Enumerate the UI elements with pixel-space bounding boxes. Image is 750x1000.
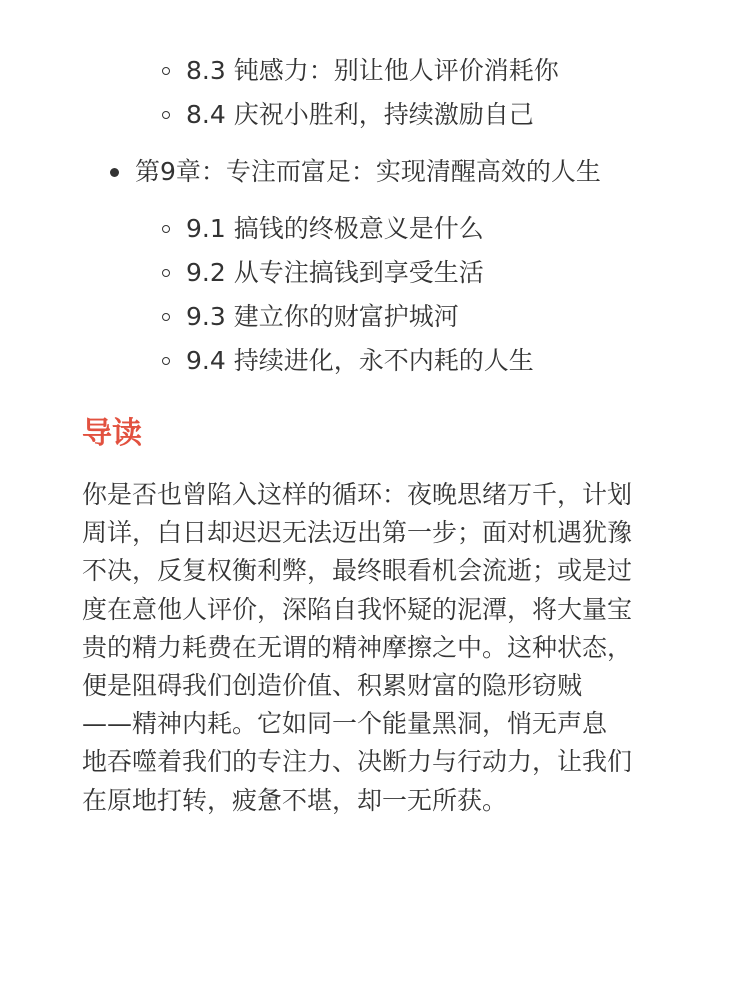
toc-item-label: 9.1 搞钱的终极意义是什么: [186, 212, 484, 246]
toc-item-8-3[interactable]: 8.3 钝感力：别让他人评价消耗你: [162, 54, 559, 88]
toc-item-9-3[interactable]: 9.3 建立你的财富护城河: [162, 300, 459, 334]
paragraph-line: 不决，反复权衡利弊，最终眼看机会流逝；或是过: [82, 552, 672, 590]
hollow-bullet-icon: [162, 67, 170, 75]
toc-item-9-2[interactable]: 9.2 从专注搞钱到享受生活: [162, 256, 484, 290]
toc-item-9-4[interactable]: 9.4 持续进化，永不内耗的人生: [162, 344, 534, 378]
toc-chapter-9[interactable]: 第9章：专注而富足：实现清醒高效的人生: [110, 155, 601, 189]
toc-item-label: 8.4 庆祝小胜利，持续激励自己: [186, 98, 534, 132]
document-page: 8.3 钝感力：别让他人评价消耗你 8.4 庆祝小胜利，持续激励自己 第9章：专…: [0, 0, 750, 1000]
paragraph-line: 度在意他人评价，深陷自我怀疑的泥潭，将大量宝: [82, 591, 672, 629]
hollow-bullet-icon: [162, 313, 170, 321]
hollow-bullet-icon: [162, 111, 170, 119]
toc-item-label: 9.3 建立你的财富护城河: [186, 300, 459, 334]
paragraph-line: 地吞噬着我们的专注力、决断力与行动力，让我们: [82, 743, 672, 781]
intro-paragraph: 你是否也曾陷入这样的循环：夜晚思绪万千，计划 周详，白日却迟迟无法迈出第一步；面…: [82, 476, 672, 820]
paragraph-line: 在原地打转，疲惫不堪，却一无所获。: [82, 782, 672, 820]
solid-bullet-icon: [110, 168, 119, 177]
toc-item-9-1[interactable]: 9.1 搞钱的终极意义是什么: [162, 212, 484, 246]
toc-chapter-label: 第9章：专注而富足：实现清醒高效的人生: [135, 155, 601, 189]
toc-item-label: 9.2 从专注搞钱到享受生活: [186, 256, 484, 290]
toc-item-label: 8.3 钝感力：别让他人评价消耗你: [186, 54, 559, 88]
toc-item-label: 9.4 持续进化，永不内耗的人生: [186, 344, 534, 378]
section-heading-intro: 导读: [82, 414, 142, 454]
paragraph-line: 贵的精力耗费在无谓的精神摩擦之中。这种状态，: [82, 629, 672, 667]
paragraph-line: 便是阻碍我们创造价值、积累财富的隐形窃贼: [82, 667, 672, 705]
hollow-bullet-icon: [162, 225, 170, 233]
toc-item-8-4[interactable]: 8.4 庆祝小胜利，持续激励自己: [162, 98, 534, 132]
paragraph-line: 周详，白日却迟迟无法迈出第一步；面对机遇犹豫: [82, 514, 672, 552]
hollow-bullet-icon: [162, 269, 170, 277]
hollow-bullet-icon: [162, 357, 170, 365]
paragraph-line: 你是否也曾陷入这样的循环：夜晚思绪万千，计划: [82, 476, 672, 514]
paragraph-line: ——精神内耗。它如同一个能量黑洞，悄无声息: [82, 705, 672, 743]
